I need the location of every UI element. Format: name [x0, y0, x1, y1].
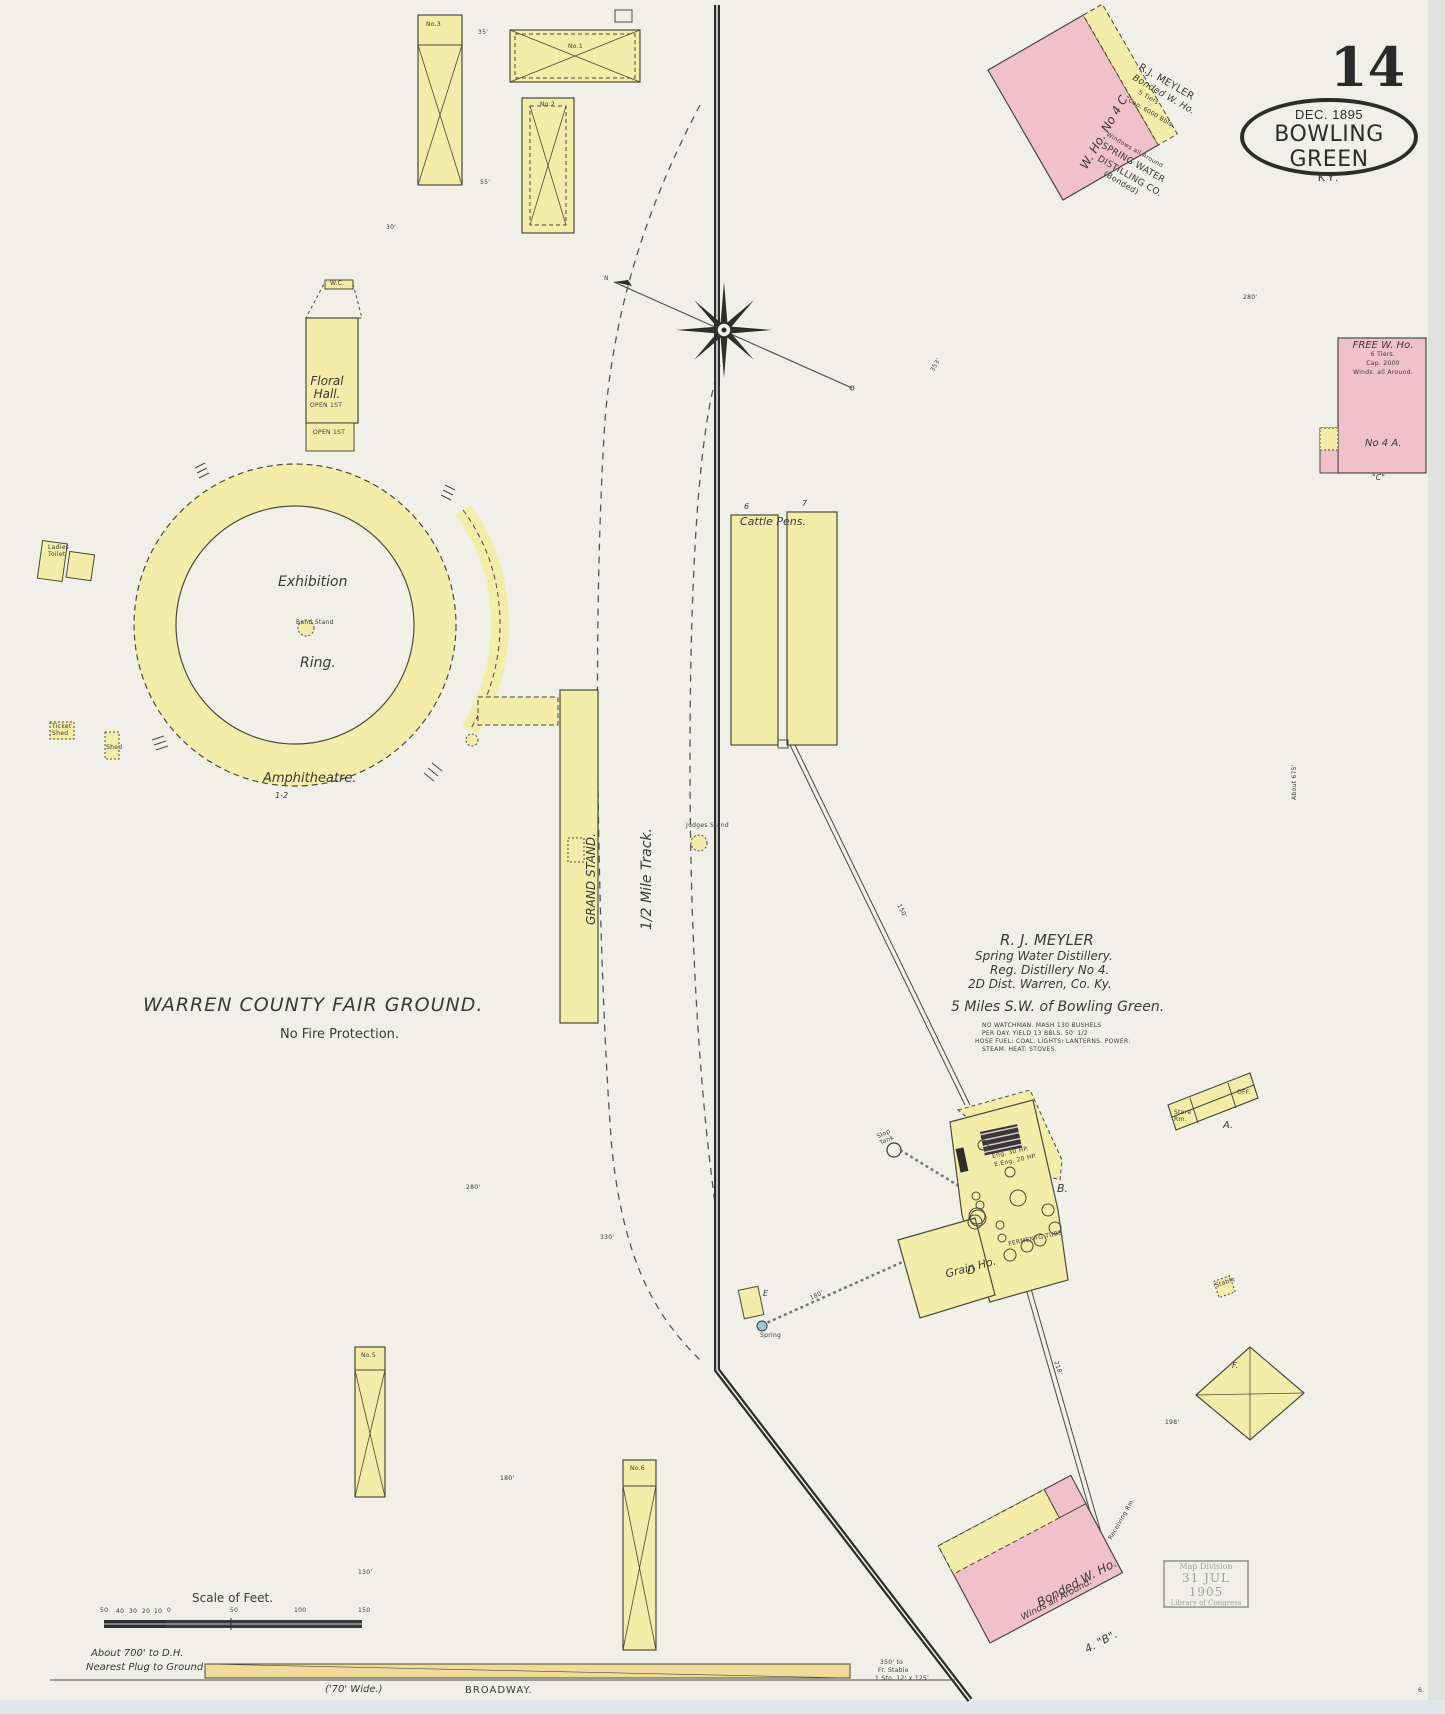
distillery-note-2: PER DAY. YIELD 13 BBLS. 50' 1/2 — [982, 1031, 1088, 1038]
building-no-3-label: No.3 — [426, 22, 441, 29]
walkway — [478, 697, 558, 725]
building-no-5-label: No.5 — [361, 1353, 376, 1360]
spring-label: Spring — [760, 1333, 781, 1340]
distance-30: 30' — [386, 225, 396, 232]
railroad-line — [717, 5, 970, 1700]
stamp-line-3: Library of Congress — [1165, 1599, 1247, 1607]
spring — [757, 1321, 767, 1331]
floral-hall-annex-note: OPEN 1ST — [313, 430, 345, 437]
stable-note-1: 350' to — [880, 1660, 903, 1667]
w4a-line-2: 6 Tiers. — [1343, 352, 1423, 359]
stable-note-2: Fr. Stable — [878, 1668, 909, 1675]
judges-stand-label: Judges Stand — [686, 823, 729, 830]
ticket-shed-label: Ticket Shed — [52, 724, 76, 737]
title-block: DEC. 1895 BOWLING GREEN KY. — [1240, 98, 1418, 176]
title-date: DEC. 1895 — [1244, 107, 1414, 122]
road-name: BROADWAY. — [465, 1685, 533, 1696]
title-city: BOWLING GREEN — [1244, 122, 1414, 172]
scale-tick-30: 30 — [129, 1609, 137, 1616]
library-stamp: Map Division 31 JUL 1905 Library of Cong… — [1163, 1560, 1249, 1608]
cattle-pens-label: Cattle Pens. — [740, 516, 806, 528]
scale-tick-100: 100 — [294, 1608, 306, 1615]
distillery-line3: Reg. Distillery No 4. — [990, 964, 1109, 977]
distance-280-right: 280' — [1243, 295, 1257, 302]
floral-hall-note: OPEN 1ST — [310, 403, 342, 410]
w4a-line-4: Winds. all Around. — [1343, 370, 1423, 377]
stable-note-3: 1 Sto. 12' x 125' — [875, 1676, 929, 1683]
grand-stand-label: GRAND STAND. — [585, 833, 598, 925]
scale-bar — [104, 1618, 362, 1630]
distillery-line2: Spring Water Distillery. — [975, 950, 1113, 963]
scale-title: Scale of Feet. — [192, 1592, 273, 1605]
cattle-pen-6 — [731, 515, 778, 745]
amphitheatre-label: Amphitheatre. — [263, 772, 357, 786]
store-room-label: Store Rm. — [1174, 1110, 1194, 1123]
office-label: OFF. — [1237, 1090, 1251, 1097]
distillery-line4: 2D Dist. Warren, Co. Ky. — [968, 978, 1112, 991]
map-drawing — [0, 0, 1445, 1714]
amphitheatre-ring — [155, 485, 435, 765]
w4a-number: No 4 A. — [1365, 438, 1402, 449]
stamp-line-1: Map Division — [1165, 1562, 1247, 1571]
building-no-1-label: No.1 — [568, 44, 583, 51]
building-e-label: E — [763, 1290, 768, 1299]
track-label: 1/2 Mile Track. — [640, 828, 655, 930]
corner-mark: 6. — [1418, 1688, 1424, 1695]
scale-tick-20: 20 — [142, 1609, 150, 1616]
distance-35: 35' — [478, 30, 488, 37]
scale-tick-50: 50 — [230, 1608, 238, 1615]
building-no-6 — [623, 1460, 656, 1650]
distance-130: 130' — [358, 1570, 372, 1577]
cattle-pen-6-number: 6 — [744, 503, 749, 512]
ring-label-ring: Ring. — [300, 656, 336, 671]
scale-tick-40: 40 — [116, 1609, 124, 1616]
stamp-line-2: 31 JUL 1905 — [1165, 1571, 1247, 1599]
slop-tank — [887, 1143, 901, 1157]
distillery-note-4: STEAM. HEAT: STOVES. — [982, 1047, 1057, 1054]
ladies-toilet-label: Ladies Toilet — [48, 545, 84, 558]
building-d-label: D — [967, 1265, 975, 1277]
distance-180: 180' — [500, 1476, 514, 1483]
distillery-note-3: HOSE FUEL: COAL. LIGHTS: LANTERNS. POWER… — [975, 1039, 1131, 1046]
w4a-line-1: FREE W. Ho. — [1343, 340, 1423, 351]
road-width: ('70' Wide.) — [325, 1684, 383, 1695]
building-a-label: A. — [1223, 1120, 1233, 1131]
distillery-complex — [898, 1090, 1068, 1318]
title-state: KY. — [1244, 172, 1414, 184]
line-distance-2-label: 198' — [1165, 1420, 1179, 1427]
sheet-number: 14 — [1330, 35, 1405, 99]
distillery-location: 5 Miles S.W. of Bowling Green. — [951, 1000, 1164, 1015]
w4a-sub: "C" — [1372, 474, 1385, 483]
scale-tick-10: 10 — [154, 1609, 162, 1616]
wc-label: W.C. — [330, 281, 344, 288]
fairground-subtitle: No Fire Protection. — [280, 1028, 399, 1042]
hydrant-note-1: About 700' to D.H. — [91, 1648, 184, 1659]
floral-hall-label: Floral Hall. — [305, 375, 349, 401]
ring-label-exhibition: Exhibition — [278, 575, 348, 590]
w4a-line-3: Cap. 2000 — [1343, 361, 1423, 368]
distance-330: 330' — [600, 1235, 614, 1242]
scale-tick-50l: 50 — [100, 1608, 108, 1615]
hydrant-note-2: Nearest Plug to Ground — [86, 1662, 203, 1673]
distillery-name: R. J. MEYLER — [1000, 932, 1094, 949]
building-f-label: F. — [1232, 1362, 1238, 1371]
building-no-3 — [418, 15, 462, 185]
distance-675: About 675' — [1292, 764, 1299, 800]
band-stand-label: Band Stand — [296, 620, 334, 627]
fairground-title: WARREN COUNTY FAIR GROUND. — [143, 995, 483, 1016]
compass-north: N — [604, 276, 609, 283]
cattle-pen-7 — [787, 512, 837, 745]
building-b-label: B. — [1057, 1183, 1068, 1195]
compass-rose — [614, 280, 854, 390]
scale-tick-150: 150 — [358, 1608, 370, 1615]
amphitheatre-stories: 1-2 — [275, 792, 288, 801]
half-mile-track — [597, 105, 700, 1360]
cattle-pen-7-number: 7 — [802, 500, 807, 509]
small-shed-label: Shed — [106, 745, 122, 752]
building-e — [738, 1286, 764, 1319]
distance-55: 55' — [480, 180, 490, 187]
distance-280: 280' — [466, 1185, 480, 1192]
building-no-6-label: No.6 — [630, 1466, 645, 1473]
judges-stand — [691, 835, 707, 851]
distillery-note-1: NO WATCHMAN. MASH 130 BUSHELS — [982, 1023, 1101, 1030]
scale-tick-0: 0 — [167, 1608, 171, 1615]
building-no-2-label: No.2 — [540, 102, 555, 109]
